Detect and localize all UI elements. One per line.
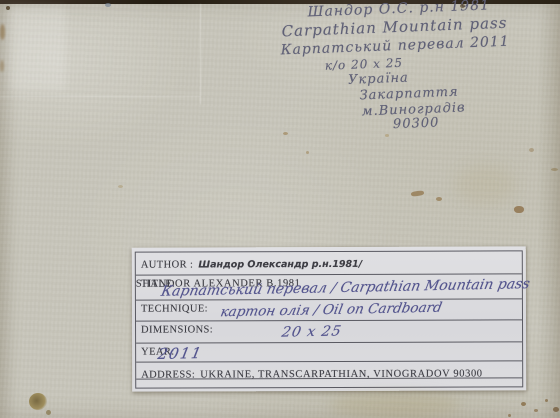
stain [545, 399, 548, 402]
stain [551, 168, 558, 171]
stain [514, 206, 524, 213]
label-row-dimensions: DIMENSIONS: 20 х 25 [136, 320, 522, 343]
cardboard-crease-vertical [200, 4, 201, 104]
dimensions-value-handwritten: 20 х 25 [280, 323, 343, 340]
stain [306, 151, 309, 154]
stain [553, 407, 559, 412]
stain [508, 414, 511, 417]
year-value-handwritten: 2011 [156, 344, 204, 363]
stain [436, 197, 442, 201]
technique-value-handwritten: картон олія / Oil on Cardboard [219, 300, 443, 321]
stain [385, 134, 389, 137]
stain [0, 60, 4, 72]
label-row-author: AUTHOR : Шандор Олександр р.н.1981/ SHAN… [136, 251, 522, 275]
label-row-year: YEAR: 2011 [136, 342, 522, 362]
gallery-label: AUTHOR : Шандор Олександр р.н.1981/ SHAN… [132, 246, 527, 391]
stain [521, 402, 526, 406]
painting-back-photo: Шандор О.С. р.н 1981 Carpathian Mountain… [0, 0, 560, 418]
stain-large-blob [29, 393, 47, 410]
stain [529, 148, 534, 152]
address-field-name: ADDRESS: [136, 364, 195, 380]
cardboard-crease-horizontal [0, 96, 200, 97]
label-row-title: TITLE: Карпатський перевал / Carpathian … [136, 274, 522, 300]
label-row-technique: TECHNIQUE: картон олія / Oil on Cardboar… [136, 299, 522, 321]
title-value-handwritten: Карпатський перевал / Carpathian Mountai… [160, 276, 531, 300]
stain [411, 190, 425, 197]
label-row-address: ADDRESS: UKRAINE, TRANSCARPATHIAN, VINOG… [136, 361, 522, 379]
stain [0, 24, 5, 40]
stain [283, 132, 288, 135]
stain [105, 3, 111, 7]
stain [460, 4, 465, 8]
stain [118, 185, 123, 188]
author-value-cyrillic: Шандор Олександр р.н.1981/ [198, 259, 362, 271]
light-patch [8, 7, 66, 91]
stain-soft-discoloration [330, 392, 460, 418]
stain [46, 410, 51, 415]
handwritten-inscription: Шандор О.С. р.н 1981 Carpathian Mountain… [276, 0, 517, 136]
author-field-name: AUTHOR : [136, 254, 194, 270]
label-row-empty [136, 378, 522, 387]
stain-soft-discoloration [455, 165, 515, 205]
dimensions-field-name: DIMENSIONS: [141, 324, 213, 335]
technique-field-name: TECHNIQUE: [141, 303, 208, 314]
stain [534, 409, 538, 412]
stain [6, 6, 10, 10]
gallery-label-table: AUTHOR : Шандор Олександр р.н.1981/ SHAN… [135, 250, 523, 388]
